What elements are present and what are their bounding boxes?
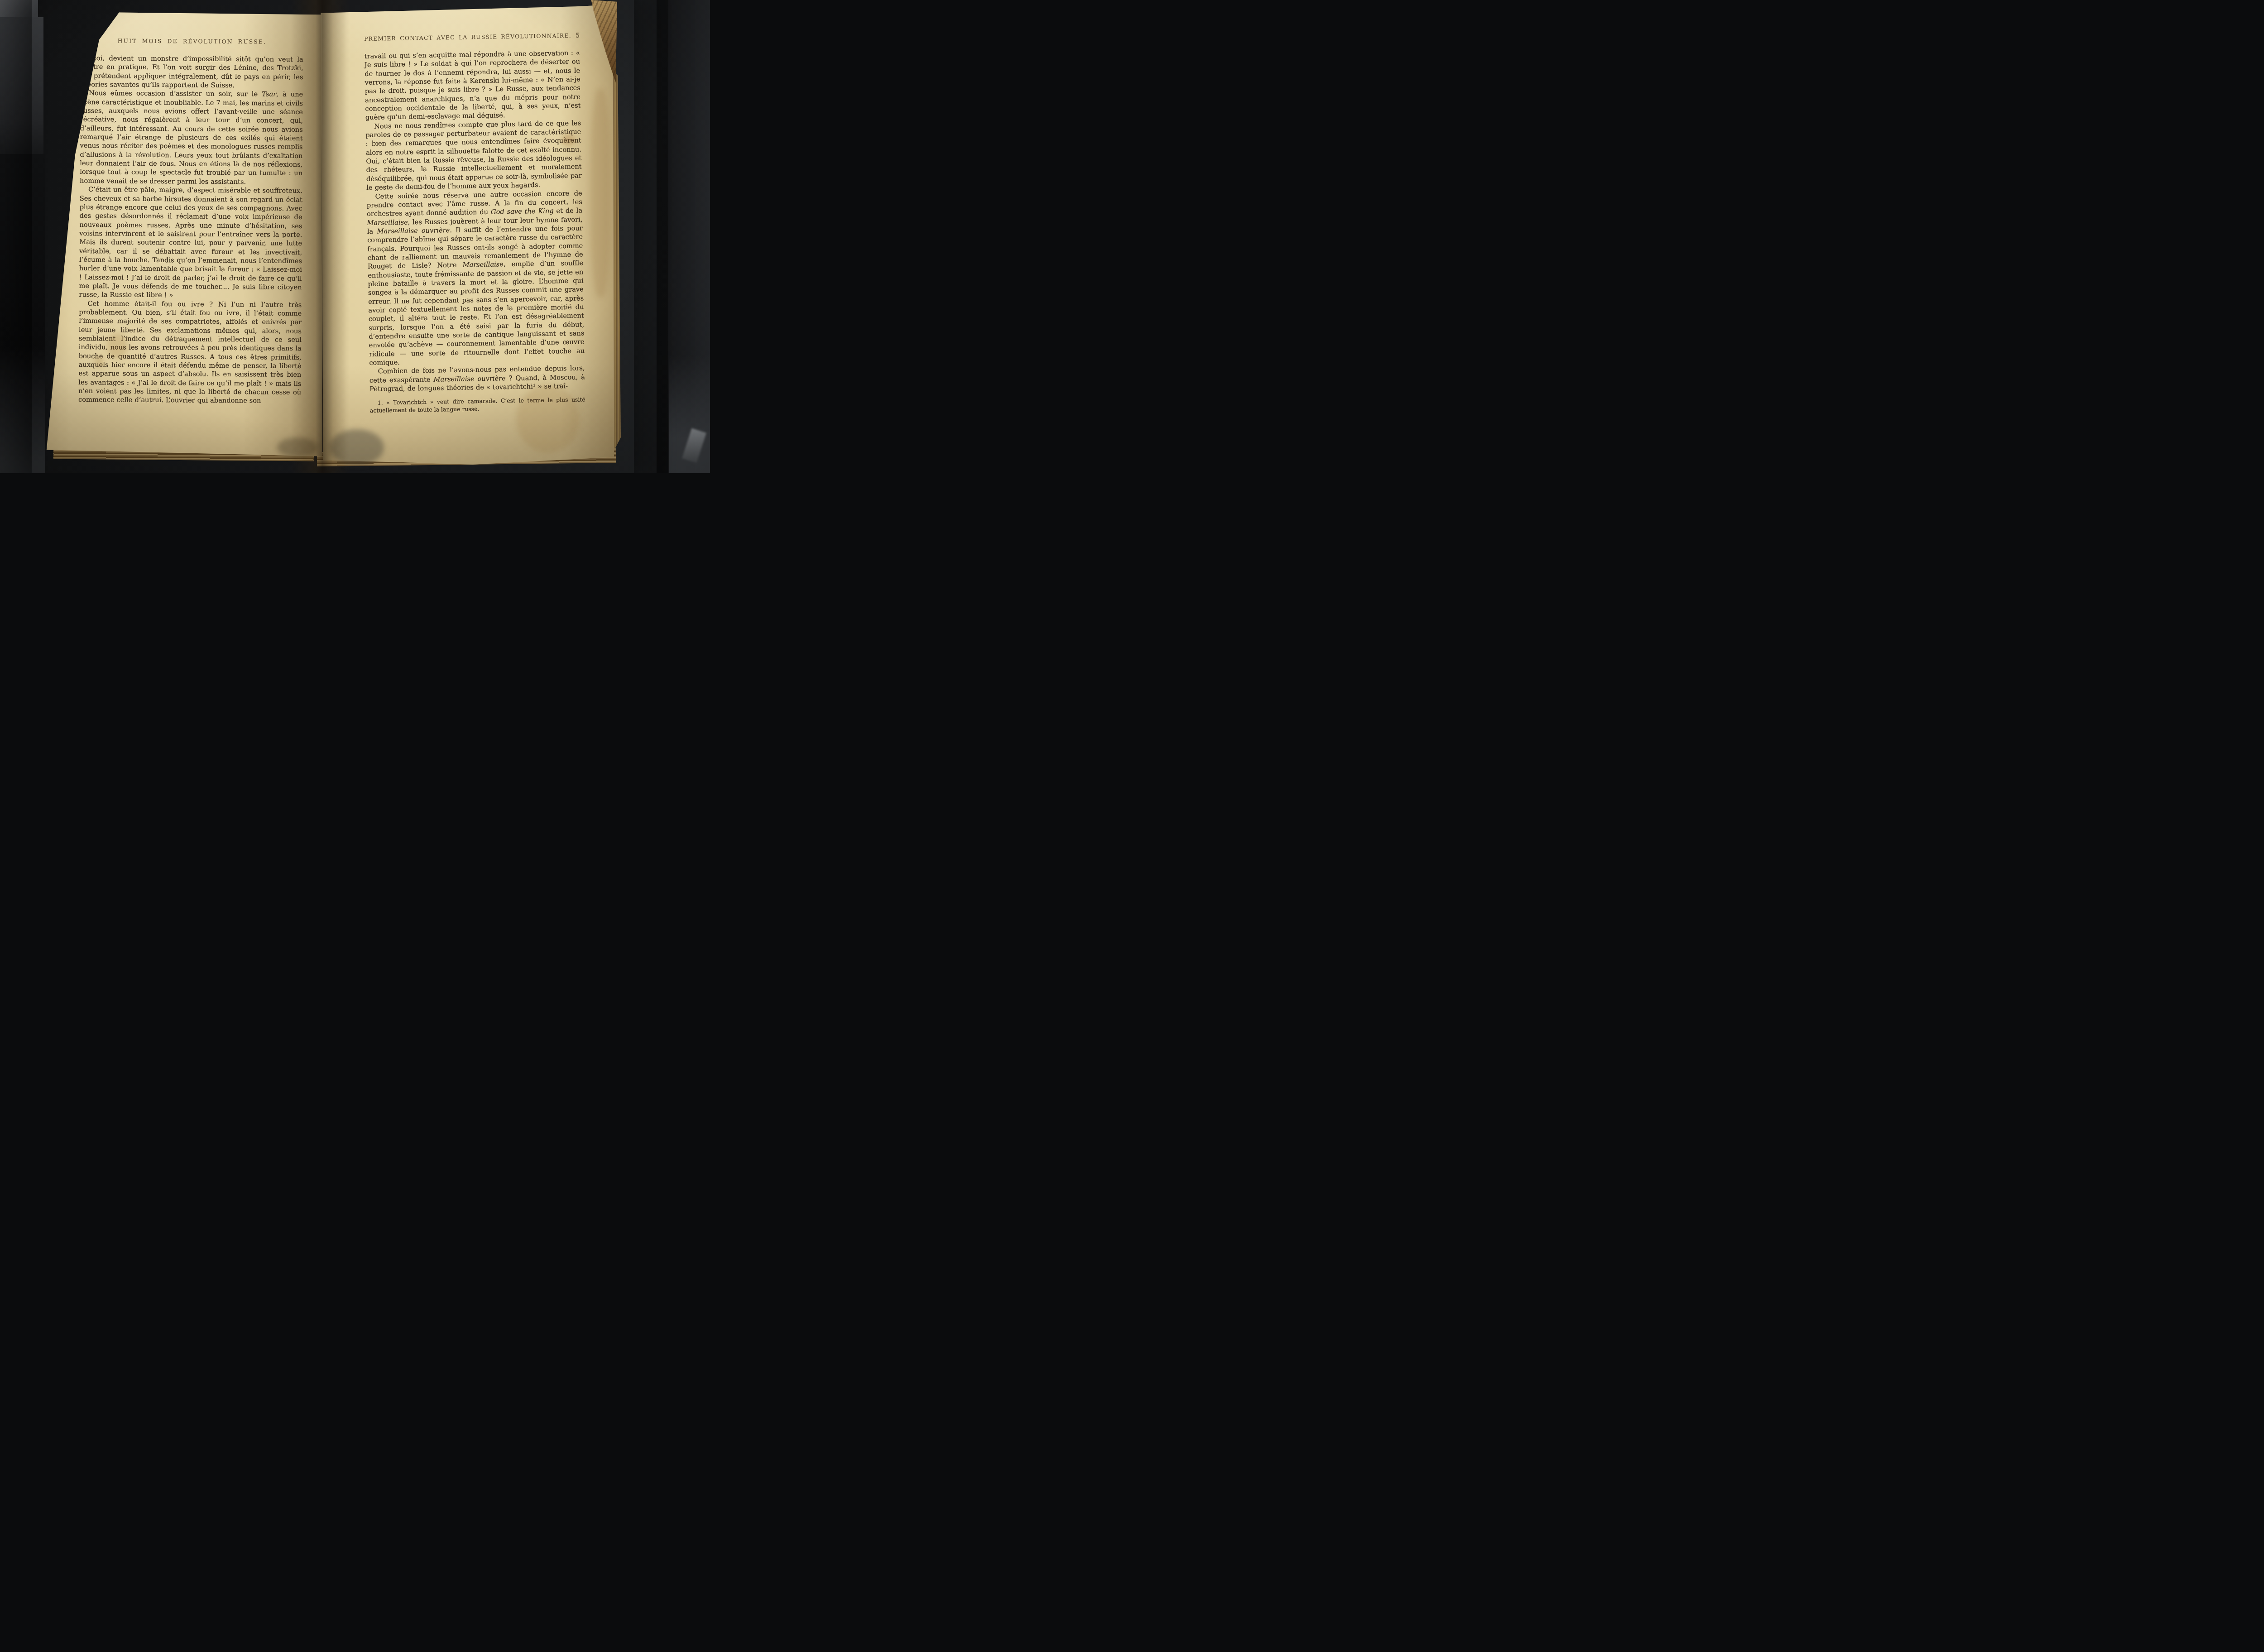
background-right-groove (657, 0, 668, 473)
page-body: travail ou qui s’en acquitte mal répondr… (365, 49, 585, 394)
paper-stain (330, 429, 384, 466)
paragraph: Cette soirée nous réserva une autre occa… (366, 189, 585, 367)
running-header: PREMIER CONTACT AVEC LA RUSSIE RÉVOLUTIO… (364, 33, 571, 42)
right-page-header-row: PREMIER CONTACT AVEC LA RUSSIE RÉVOLUTIO… (364, 32, 580, 43)
right-page-text-block: PREMIER CONTACT AVEC LA RUSSIE RÉVOLUTIO… (364, 32, 585, 415)
paper-stain (561, 134, 575, 146)
paragraph: travail ou qui s’en acquitte mal répondr… (365, 49, 581, 122)
paragraph: Nous ne nous rendîmes compte que plus ta… (365, 119, 582, 192)
paper-stain (516, 385, 580, 453)
paper-stain (94, 357, 104, 367)
paragraph: en soi, devient un monstre d’impossibili… (80, 54, 303, 90)
paper-stain (107, 333, 128, 359)
left-page-header-row: 4 HUIT MOIS DE RÉVOLUTION RUSSE. (81, 37, 303, 46)
paper-stain (590, 89, 610, 297)
running-header: HUIT MOIS DE RÉVOLUTION RUSSE. (93, 38, 291, 45)
paragraph: Nous eûmes occasion d’assister un soir, … (80, 89, 303, 187)
page-number: 5 (571, 32, 580, 39)
paragraph: C’était un être pâle, maigre, d’aspect m… (79, 185, 302, 300)
book-photograph: 4 HUIT MOIS DE RÉVOLUTION RUSSE. en soi,… (0, 0, 710, 473)
paper-stain (277, 437, 318, 457)
